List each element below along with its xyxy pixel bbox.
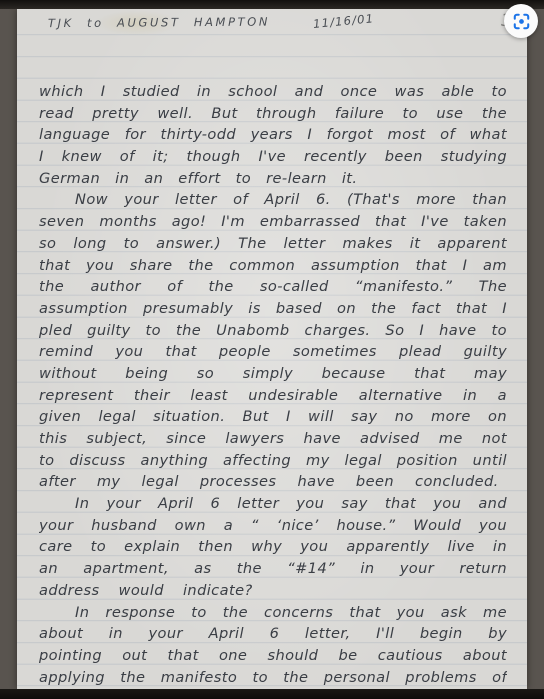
letter-line: after my legal processes have been concl… bbox=[39, 471, 507, 493]
letter-line: which I studied in school and once was a… bbox=[39, 81, 507, 103]
letter-line: remind you that people sometimes plead g… bbox=[39, 341, 507, 363]
letter-header: TJK to AUGUST HAMPTON 11/16/01 bbox=[48, 14, 375, 30]
letter-line: pointing out that one should be cautious… bbox=[39, 645, 507, 667]
letter-line: care to explain then why you apparently … bbox=[39, 536, 507, 558]
letter-line: about in your April 6 letter, I'll begin… bbox=[39, 623, 507, 645]
letter-line: assumption presumably is based on the fa… bbox=[39, 298, 507, 320]
letter-line: address would indicate? bbox=[39, 580, 507, 602]
letter-line: In response to the concerns that you ask… bbox=[39, 602, 507, 624]
letter-line: represent their least undesirable altern… bbox=[39, 385, 507, 407]
letter-line: given legal situation. But I will say no… bbox=[39, 406, 507, 428]
letter-line: read pretty well. But through failure to… bbox=[39, 103, 507, 125]
letter-line: this subject, since lawyers have advised… bbox=[39, 428, 507, 450]
letter-paper: TJK to AUGUST HAMPTON 11/16/01 3 which I… bbox=[17, 9, 527, 689]
scan-border-bottom bbox=[0, 689, 544, 699]
letter-line: language for thirty-odd years I forgot m… bbox=[39, 124, 507, 146]
lens-button[interactable] bbox=[504, 4, 538, 38]
letter-line: to discuss anything affecting my legal p… bbox=[39, 450, 507, 472]
header-correspondents-label: TJK to AUGUST HAMPTON bbox=[48, 15, 270, 31]
letter-line: so long to answer.) The letter makes it … bbox=[39, 233, 507, 255]
letter-line: that you share the common assumption tha… bbox=[39, 255, 507, 277]
letter-line: an apartment, as the “#14” in your retur… bbox=[39, 558, 507, 580]
letter-body: which I studied in school and once was a… bbox=[39, 81, 507, 688]
letter-line: German in an effort to re-learn it. bbox=[39, 168, 507, 190]
letter-line: pled guilty to the Unabomb charges. So I… bbox=[39, 320, 507, 342]
scanned-letter-viewer: TJK to AUGUST HAMPTON 11/16/01 3 which I… bbox=[0, 0, 544, 699]
letter-line: In your April 6 letter you say that you … bbox=[39, 493, 507, 515]
letter-line: your husband own a “ ‘nice’ house.” Woul… bbox=[39, 515, 507, 537]
letter-line: seven months ago! I'm embarrassed that I… bbox=[39, 211, 507, 233]
screen-search-viewfinder-icon bbox=[512, 12, 531, 31]
letter-line: the author of the so-called “manifesto.”… bbox=[39, 276, 507, 298]
letter-line: applying the manifesto to the personal p… bbox=[39, 667, 507, 689]
letter-line: I knew of it; though I've recently been … bbox=[39, 146, 507, 168]
scan-border-top bbox=[0, 0, 544, 9]
header-date: 11/16/01 bbox=[313, 11, 375, 31]
letter-line: Now your letter of April 6. (That's more… bbox=[39, 189, 507, 211]
letter-line: without being so simply because that may bbox=[39, 363, 507, 385]
